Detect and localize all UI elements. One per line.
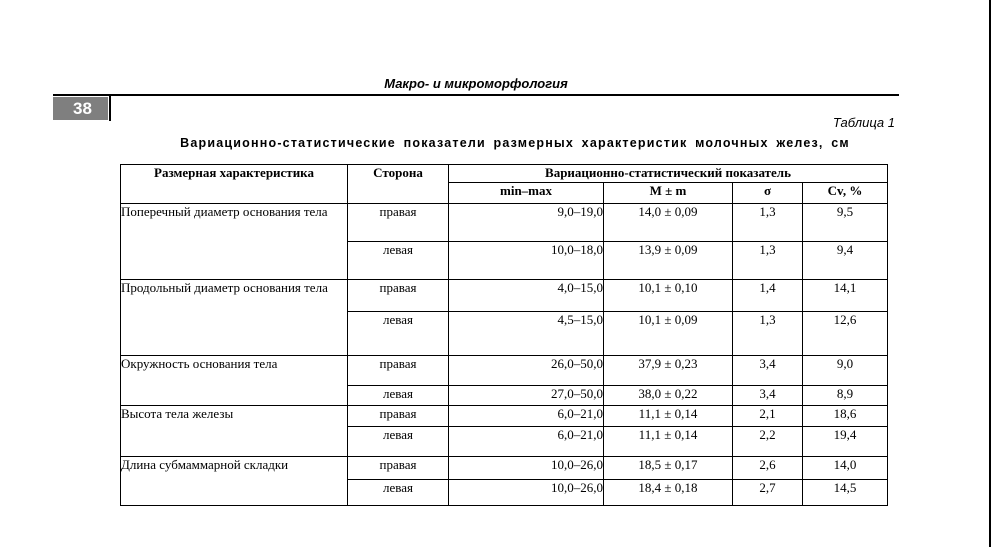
cell-sigma: 1,4: [733, 280, 803, 312]
cell-cv: 14,0: [803, 457, 888, 480]
cell-cv: 14,5: [803, 480, 888, 506]
table-row: Длина субмаммарной складкиправая10,0–26,…: [121, 457, 888, 480]
cell-mean: 13,9 ± 0,09: [604, 242, 733, 280]
cell-cv: 14,1: [803, 280, 888, 312]
cell-cv: 19,4: [803, 427, 888, 457]
cell-side: левая: [348, 427, 449, 457]
header-sigma: σ: [733, 183, 803, 204]
page-number-divider: [109, 96, 111, 121]
cell-min-max: 6,0–21,0: [449, 406, 604, 427]
cell-characteristic: Длина субмаммарной складки: [121, 457, 348, 506]
cell-characteristic: Поперечный диаметр основания тела: [121, 204, 348, 280]
cell-side: левая: [348, 480, 449, 506]
cell-mean: 38,0 ± 0,22: [604, 386, 733, 406]
cell-side: левая: [348, 386, 449, 406]
cell-sigma: 1,3: [733, 242, 803, 280]
cell-sigma: 3,4: [733, 386, 803, 406]
cell-side: правая: [348, 204, 449, 242]
table-row: Поперечный диаметр основания телаправая9…: [121, 204, 888, 242]
cell-cv: 12,6: [803, 312, 888, 356]
cell-min-max: 9,0–19,0: [449, 204, 604, 242]
cell-min-max: 10,0–26,0: [449, 480, 604, 506]
statistics-table: Размерная характеристика Сторона Вариаци…: [120, 164, 888, 506]
cell-side: левая: [348, 312, 449, 356]
cell-sigma: 1,3: [733, 204, 803, 242]
cell-cv: 8,9: [803, 386, 888, 406]
cell-cv: 18,6: [803, 406, 888, 427]
cell-characteristic: Высота тела железы: [121, 406, 348, 457]
cell-min-max: 4,5–15,0: [449, 312, 604, 356]
header-stat-group: Вариационно-статистический показатель: [449, 165, 888, 183]
table-row: Окружность основания телаправая26,0–50,0…: [121, 356, 888, 386]
cell-mean: 10,1 ± 0,10: [604, 280, 733, 312]
header-min-max: min–max: [449, 183, 604, 204]
cell-mean: 11,1 ± 0,14: [604, 406, 733, 427]
cell-sigma: 2,2: [733, 427, 803, 457]
cell-characteristic: Окружность основания тела: [121, 356, 348, 406]
running-head: Макро- и микроморфология: [53, 76, 899, 92]
cell-min-max: 6,0–21,0: [449, 427, 604, 457]
cell-characteristic: Продольный диаметр основания тела: [121, 280, 348, 356]
cell-cv: 9,5: [803, 204, 888, 242]
cell-side: левая: [348, 242, 449, 280]
cell-sigma: 2,7: [733, 480, 803, 506]
cell-sigma: 1,3: [733, 312, 803, 356]
cell-min-max: 26,0–50,0: [449, 356, 604, 386]
header-rule: [53, 94, 899, 96]
cell-side: правая: [348, 457, 449, 480]
cell-min-max: 10,0–18,0: [449, 242, 604, 280]
cell-mean: 10,1 ± 0,09: [604, 312, 733, 356]
cell-mean: 11,1 ± 0,14: [604, 427, 733, 457]
cell-side: правая: [348, 280, 449, 312]
cell-mean: 14,0 ± 0,09: [604, 204, 733, 242]
cell-sigma: 2,1: [733, 406, 803, 427]
cell-min-max: 27,0–50,0: [449, 386, 604, 406]
cell-side: правая: [348, 356, 449, 386]
cell-mean: 18,4 ± 0,18: [604, 480, 733, 506]
cell-sigma: 2,6: [733, 457, 803, 480]
page-number: 38: [53, 97, 108, 120]
table-caption: Вариационно-статистические показатели ра…: [120, 135, 910, 151]
cell-min-max: 4,0–15,0: [449, 280, 604, 312]
cell-sigma: 3,4: [733, 356, 803, 386]
cell-cv: 9,4: [803, 242, 888, 280]
header-mean: M ± m: [604, 183, 733, 204]
table-row: Продольный диаметр основания телаправая4…: [121, 280, 888, 312]
header-characteristic: Размерная характеристика: [121, 165, 348, 204]
cell-min-max: 10,0–26,0: [449, 457, 604, 480]
header-cv: Cv, %: [803, 183, 888, 204]
cell-mean: 18,5 ± 0,17: [604, 457, 733, 480]
cell-mean: 37,9 ± 0,23: [604, 356, 733, 386]
header-side: Сторона: [348, 165, 449, 204]
table-row: Высота тела железыправая6,0–21,011,1 ± 0…: [121, 406, 888, 427]
table-body: Поперечный диаметр основания телаправая9…: [121, 204, 888, 506]
cell-side: правая: [348, 406, 449, 427]
cell-cv: 9,0: [803, 356, 888, 386]
table-label: Таблица 1: [833, 115, 895, 131]
